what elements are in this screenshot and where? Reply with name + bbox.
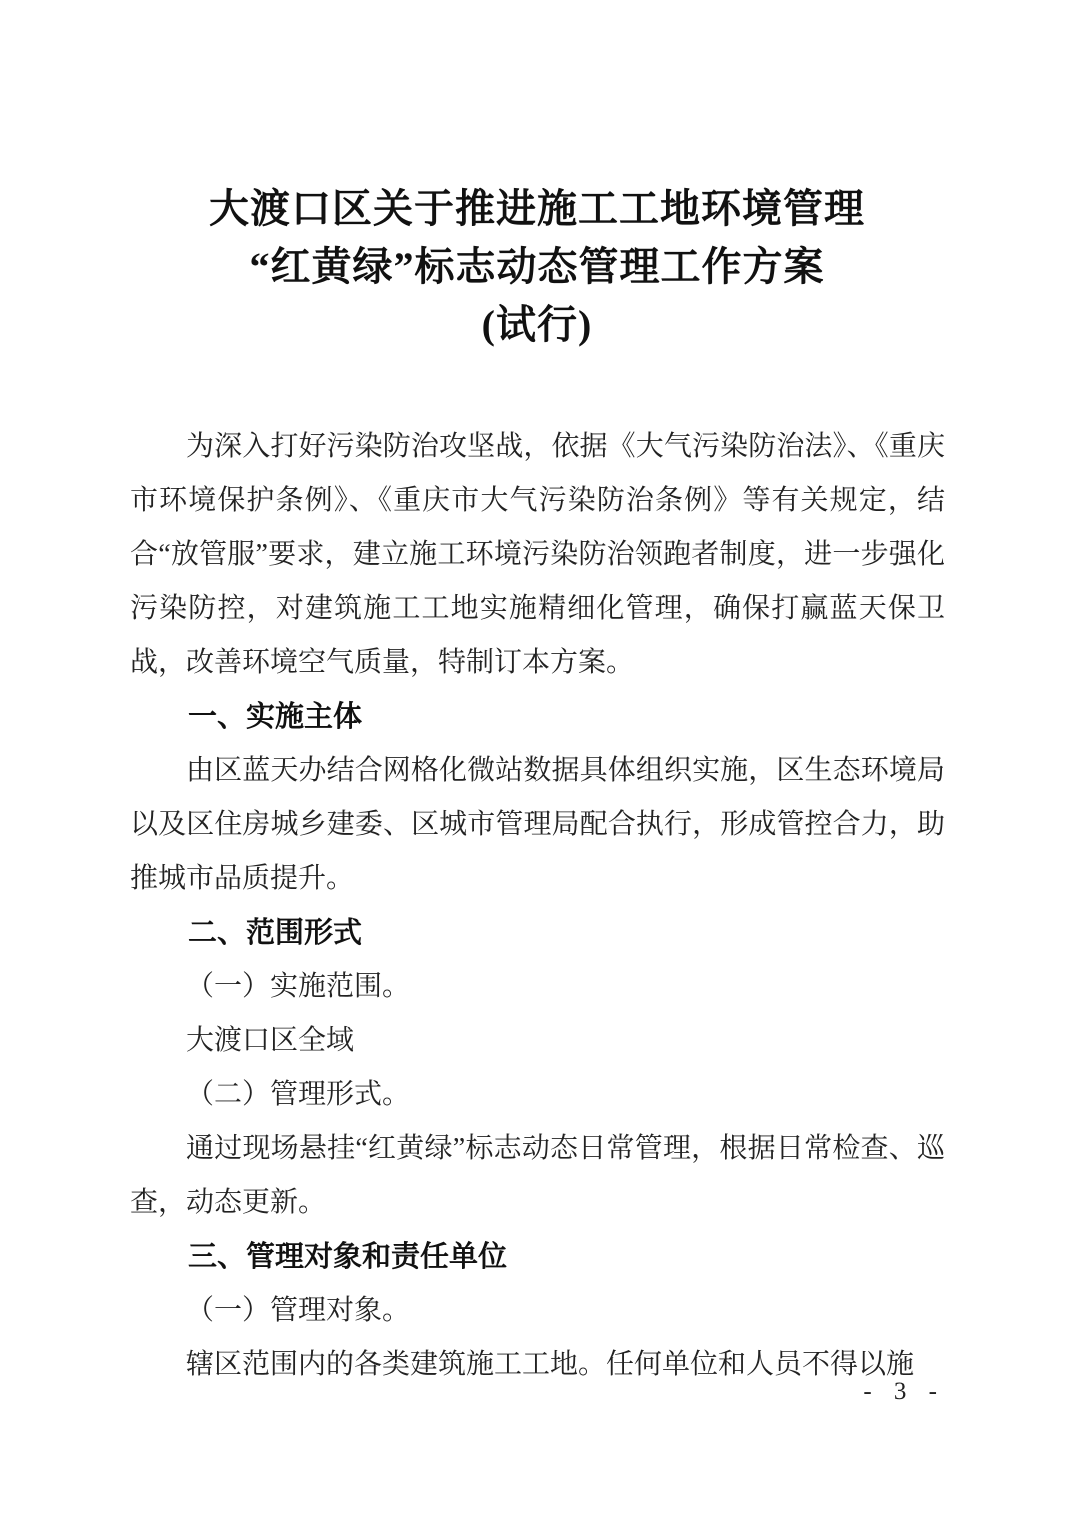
page-number: - 3 - — [863, 1378, 945, 1406]
section-heading-1: 一、实施主体 — [130, 690, 945, 744]
sub-heading-scope: （一）实施范围。 — [130, 960, 945, 1014]
paragraph-scope-value: 大渡口区全域 — [130, 1014, 945, 1068]
document-page: 大渡口区关于推进施工工地环境管理 “红黄绿”标志动态管理工作方案 (试行) 为深… — [0, 0, 1074, 1520]
sub-heading-management-form: （二）管理形式。 — [130, 1068, 945, 1122]
paragraph-management-form: 通过现场悬挂“红黄绿”标志动态日常管理，根据日常检查、巡查，动态更新。 — [130, 1122, 945, 1230]
paragraph-implementing-body: 由区蓝天办结合网格化微站数据具体组织实施，区生态环境局以及区住房城乡建委、区城市… — [130, 744, 945, 906]
paragraph-management-target: 辖区范围内的各类建筑施工工地。任何单位和人员不得以施 — [130, 1338, 945, 1392]
document-title-line-3: (试行) — [0, 296, 1074, 354]
section-heading-3: 三、管理对象和责任单位 — [130, 1230, 945, 1284]
document-body: 为深入打好污染防治攻坚战，依据《大气污染防治法》、《重庆市环境保护条例》、《重庆… — [130, 420, 945, 1392]
section-heading-2: 二、范围形式 — [130, 906, 945, 960]
sub-heading-management-target: （一）管理对象。 — [130, 1284, 945, 1338]
document-title-line-2: “红黄绿”标志动态管理工作方案 — [0, 238, 1074, 296]
document-title: 大渡口区关于推进施工工地环境管理 “红黄绿”标志动态管理工作方案 (试行) — [0, 0, 1074, 354]
paragraph-intro: 为深入打好污染防治攻坚战，依据《大气污染防治法》、《重庆市环境保护条例》、《重庆… — [130, 420, 945, 690]
document-title-line-1: 大渡口区关于推进施工工地环境管理 — [0, 180, 1074, 238]
